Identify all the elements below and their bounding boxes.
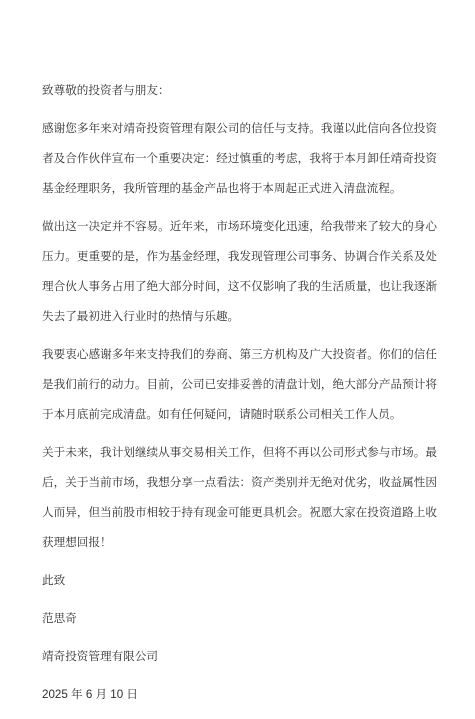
letter-greeting: 致尊敬的投资者与朋友：: [42, 76, 437, 106]
signature-name: 范思奇: [42, 604, 437, 634]
closing-salute: 此致: [42, 566, 437, 596]
letter-paragraph-2: 做出这一决定并不容易。近年来，市场环境变化迅速，给我带来了较大的身心压力。更重要…: [42, 212, 437, 332]
letter-paragraph-4: 关于未来，我计划继续从事交易相关工作，但将不再以公司形式参与市场。最后，关于当前…: [42, 438, 437, 558]
letter-paragraph-1: 感谢您多年来对靖奇投资管理有限公司的信任与支持。我谨以此信向各位投资者及合作伙伴…: [42, 114, 437, 204]
letter-date: 2025 年 6 月 10 日: [42, 680, 437, 710]
signature-company: 靖奇投资管理有限公司: [42, 642, 437, 672]
letter-paragraph-3: 我要衷心感谢多年来支持我们的券商、第三方机构及广大投资者。你们的信任是我们前行的…: [42, 340, 437, 430]
letter-page: 致尊敬的投资者与朋友： 感谢您多年来对靖奇投资管理有限公司的信任与支持。我谨以此…: [0, 0, 475, 719]
